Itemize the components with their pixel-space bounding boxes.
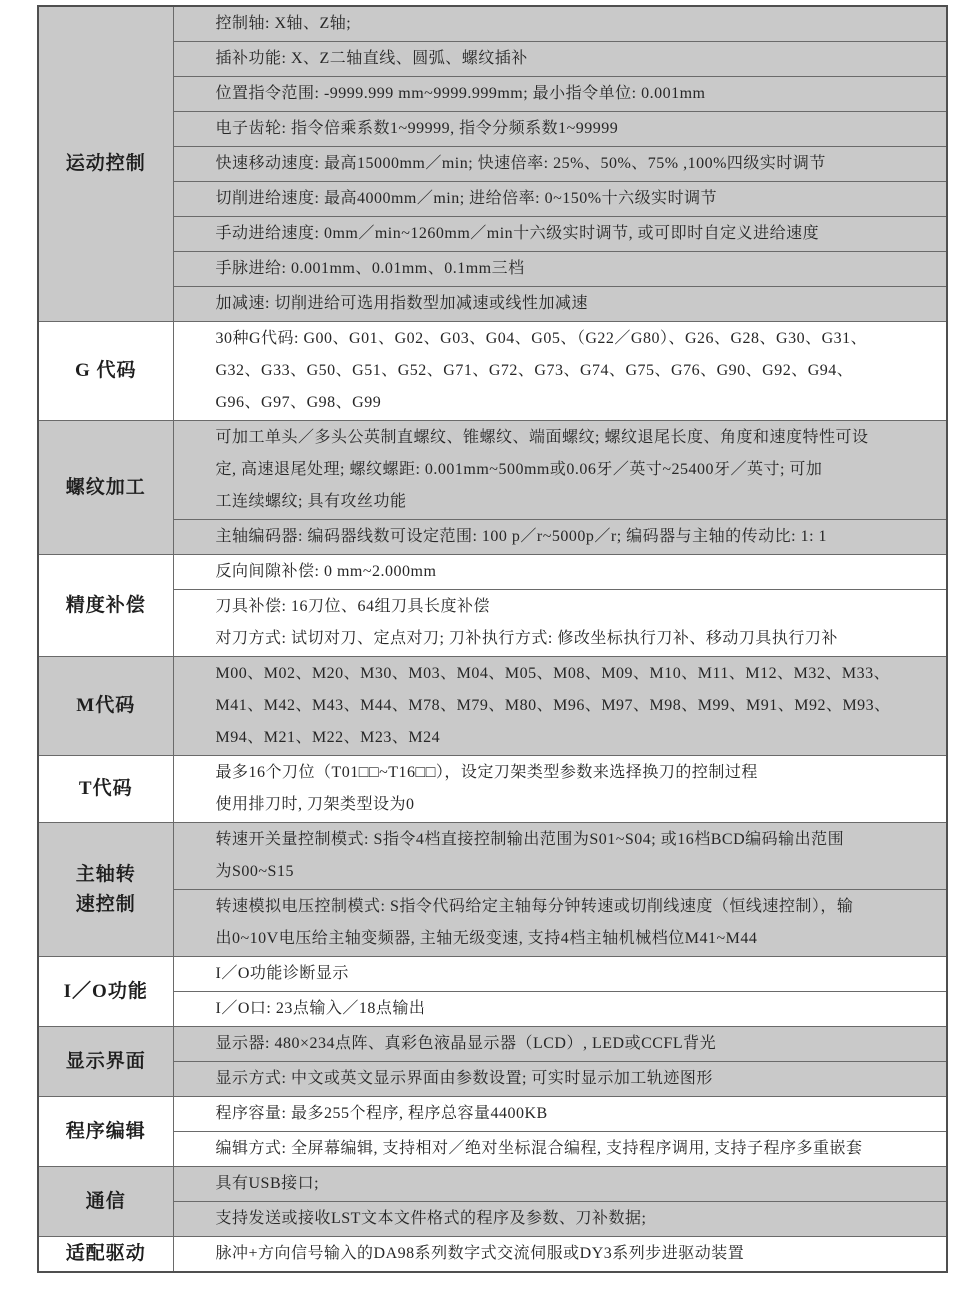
section-label-communication: 通信 [38, 1167, 173, 1237]
spec-cell-spindle-analog-mode: 转速模拟电压控制模式: S指令代码给定主轴每分钟转速或切削线速度（恒线速控制），… [173, 890, 947, 957]
table-row: 支持发送或接收LST文本文件格式的程序及参数、刀补数据; [38, 1202, 947, 1237]
table-row: 位置指令范围: -9999.999 mm~9999.999mm; 最小指令单位:… [38, 77, 947, 112]
spec-cell-g-code-list: 30种G代码: G00、G01、G02、G03、G04、G05、（G22／G80… [173, 322, 947, 421]
section-label-precision-compensation: 精度补偿 [38, 555, 173, 657]
section-label-g-codes: G 代码 [38, 322, 173, 421]
table-row: 插补功能: X、Z二轴直线、圆弧、螺纹插补 [38, 42, 947, 77]
spec-cell-program-capacity: 程序容量: 最多255个程序, 程序总容量4400KB [173, 1097, 947, 1132]
table-row: 适配驱动 脉冲+方向信号输入的DA98系列数字式交流伺服或DY3系列步进驱动装置 [38, 1237, 947, 1273]
spec-cell-backlash: 反向间隙补偿: 0 mm~2.000mm [173, 555, 947, 590]
table-row: M代码 M00、M02、M20、M30、M03、M04、M05、M08、M09、… [38, 657, 947, 756]
table-row: 运动控制 控制轴: X轴、Z轴; [38, 6, 947, 42]
table-row: 手动进给速度: 0mm／min~1260mm／min十六级实时调节, 或可即时自… [38, 217, 947, 252]
spec-cell-rapid-speed: 快速移动速度: 最高15000mm／min; 快速倍率: 25%、50%、75%… [173, 147, 947, 182]
spec-cell-m-code-list: M00、M02、M20、M30、M03、M04、M05、M08、M09、M10、… [173, 657, 947, 756]
spec-cell-cutting-feed: 切削进给速度: 最高4000mm／min; 进给倍率: 0~150%十六级实时调… [173, 182, 947, 217]
table-row: 通信 具有USB接口; [38, 1167, 947, 1202]
table-row: 主轴编码器: 编码器线数可设定范围: 100 p／r~5000p／r; 编码器与… [38, 520, 947, 555]
section-label-program-editing: 程序编辑 [38, 1097, 173, 1167]
table-row: T代码 最多16个刀位（T01□□~T16□□），设定刀架类型参数来选择换刀的控… [38, 756, 947, 823]
table-row: 显示方式: 中文或英文显示界面由参数设置; 可实时显示加工轨迹图形 [38, 1062, 947, 1097]
spec-cell-tool-compensation: 刀具补偿: 16刀位、64组刀具长度补偿 对刀方式: 试切对刀、定点对刀; 刀补… [173, 590, 947, 657]
table-row: 显示界面 显示器: 480×234点阵、真彩色液晶显示器（LCD）, LED或C… [38, 1027, 947, 1062]
spec-cell-io-ports: I／O口: 23点输入／18点输出 [173, 992, 947, 1027]
table-row: 快速移动速度: 最高15000mm／min; 快速倍率: 25%、50%、75%… [38, 147, 947, 182]
spec-cell-display-panel: 显示器: 480×234点阵、真彩色液晶显示器（LCD）, LED或CCFL背光 [173, 1027, 947, 1062]
section-label-motion-control: 运动控制 [38, 6, 173, 322]
spec-cell-thread-types: 可加工单头／多头公英制直螺纹、锥螺纹、端面螺纹; 螺纹退尾长度、角度和速度特性可… [173, 421, 947, 520]
spec-cell-usb-port: 具有USB接口; [173, 1167, 947, 1202]
spec-cell-display-mode: 显示方式: 中文或英文显示界面由参数设置; 可实时显示加工轨迹图形 [173, 1062, 947, 1097]
spec-cell-compatible-drives: 脉冲+方向信号输入的DA98系列数字式交流伺服或DY3系列步进驱动装置 [173, 1237, 947, 1273]
section-label-io-function: I／O功能 [38, 957, 173, 1027]
section-label-t-codes: T代码 [38, 756, 173, 823]
spec-cell-position-range: 位置指令范围: -9999.999 mm~9999.999mm; 最小指令单位:… [173, 77, 947, 112]
table-row: 电子齿轮: 指令倍乘系数1~99999, 指令分频系数1~99999 [38, 112, 947, 147]
spec-sheet-page: 运动控制 控制轴: X轴、Z轴; 插补功能: X、Z二轴直线、圆弧、螺纹插补 位… [0, 0, 958, 1300]
table-row: 手脉进给: 0.001mm、0.01mm、0.1mm三档 [38, 252, 947, 287]
table-row: 螺纹加工 可加工单头／多头公英制直螺纹、锥螺纹、端面螺纹; 螺纹退尾长度、角度和… [38, 421, 947, 520]
table-row: I／O功能 I／O功能诊断显示 [38, 957, 947, 992]
spec-cell-file-transfer: 支持发送或接收LST文本文件格式的程序及参数、刀补数据; [173, 1202, 947, 1237]
spec-cell-electronic-gear: 电子齿轮: 指令倍乘系数1~99999, 指令分频系数1~99999 [173, 112, 947, 147]
spec-cell-t-code: 最多16个刀位（T01□□~T16□□），设定刀架类型参数来选择换刀的控制过程 … [173, 756, 947, 823]
section-label-drive-compatibility: 适配驱动 [38, 1237, 173, 1273]
table-row: 编辑方式: 全屏幕编辑, 支持相对／绝对坐标混合编程, 支持程序调用, 支持子程… [38, 1132, 947, 1167]
spec-cell-spindle-encoder: 主轴编码器: 编码器线数可设定范围: 100 p／r~5000p／r; 编码器与… [173, 520, 947, 555]
table-row: 精度补偿 反向间隙补偿: 0 mm~2.000mm [38, 555, 947, 590]
table-row: 切削进给速度: 最高4000mm／min; 进给倍率: 0~150%十六级实时调… [38, 182, 947, 217]
spec-cell-io-diagnosis: I／O功能诊断显示 [173, 957, 947, 992]
table-row: I／O口: 23点输入／18点输出 [38, 992, 947, 1027]
section-label-spindle-speed-control: 主轴转 速控制 [38, 823, 173, 957]
section-label-thread-machining: 螺纹加工 [38, 421, 173, 555]
spec-cell-interpolation: 插补功能: X、Z二轴直线、圆弧、螺纹插补 [173, 42, 947, 77]
section-label-display-interface: 显示界面 [38, 1027, 173, 1097]
table-row: G 代码 30种G代码: G00、G01、G02、G03、G04、G05、（G2… [38, 322, 947, 421]
spec-cell-spindle-switch-mode: 转速开关量控制模式: S指令4档直接控制输出范围为S01~S04; 或16档BC… [173, 823, 947, 890]
table-row: 主轴转 速控制 转速开关量控制模式: S指令4档直接控制输出范围为S01~S04… [38, 823, 947, 890]
table-row: 加减速: 切削进给可选用指数型加减速或线性加减速 [38, 287, 947, 322]
spec-table: 运动控制 控制轴: X轴、Z轴; 插补功能: X、Z二轴直线、圆弧、螺纹插补 位… [37, 5, 948, 1273]
spec-cell-handwheel-feed: 手脉进给: 0.001mm、0.01mm、0.1mm三档 [173, 252, 947, 287]
section-label-m-codes: M代码 [38, 657, 173, 756]
table-row: 程序编辑 程序容量: 最多255个程序, 程序总容量4400KB [38, 1097, 947, 1132]
table-row: 刀具补偿: 16刀位、64组刀具长度补偿 对刀方式: 试切对刀、定点对刀; 刀补… [38, 590, 947, 657]
spec-cell-control-axes: 控制轴: X轴、Z轴; [173, 6, 947, 42]
table-row: 转速模拟电压控制模式: S指令代码给定主轴每分钟转速或切削线速度（恒线速控制），… [38, 890, 947, 957]
spec-cell-edit-mode: 编辑方式: 全屏幕编辑, 支持相对／绝对坐标混合编程, 支持程序调用, 支持子程… [173, 1132, 947, 1167]
spec-cell-acc-dec: 加减速: 切削进给可选用指数型加减速或线性加减速 [173, 287, 947, 322]
spec-cell-manual-feed: 手动进给速度: 0mm／min~1260mm／min十六级实时调节, 或可即时自… [173, 217, 947, 252]
